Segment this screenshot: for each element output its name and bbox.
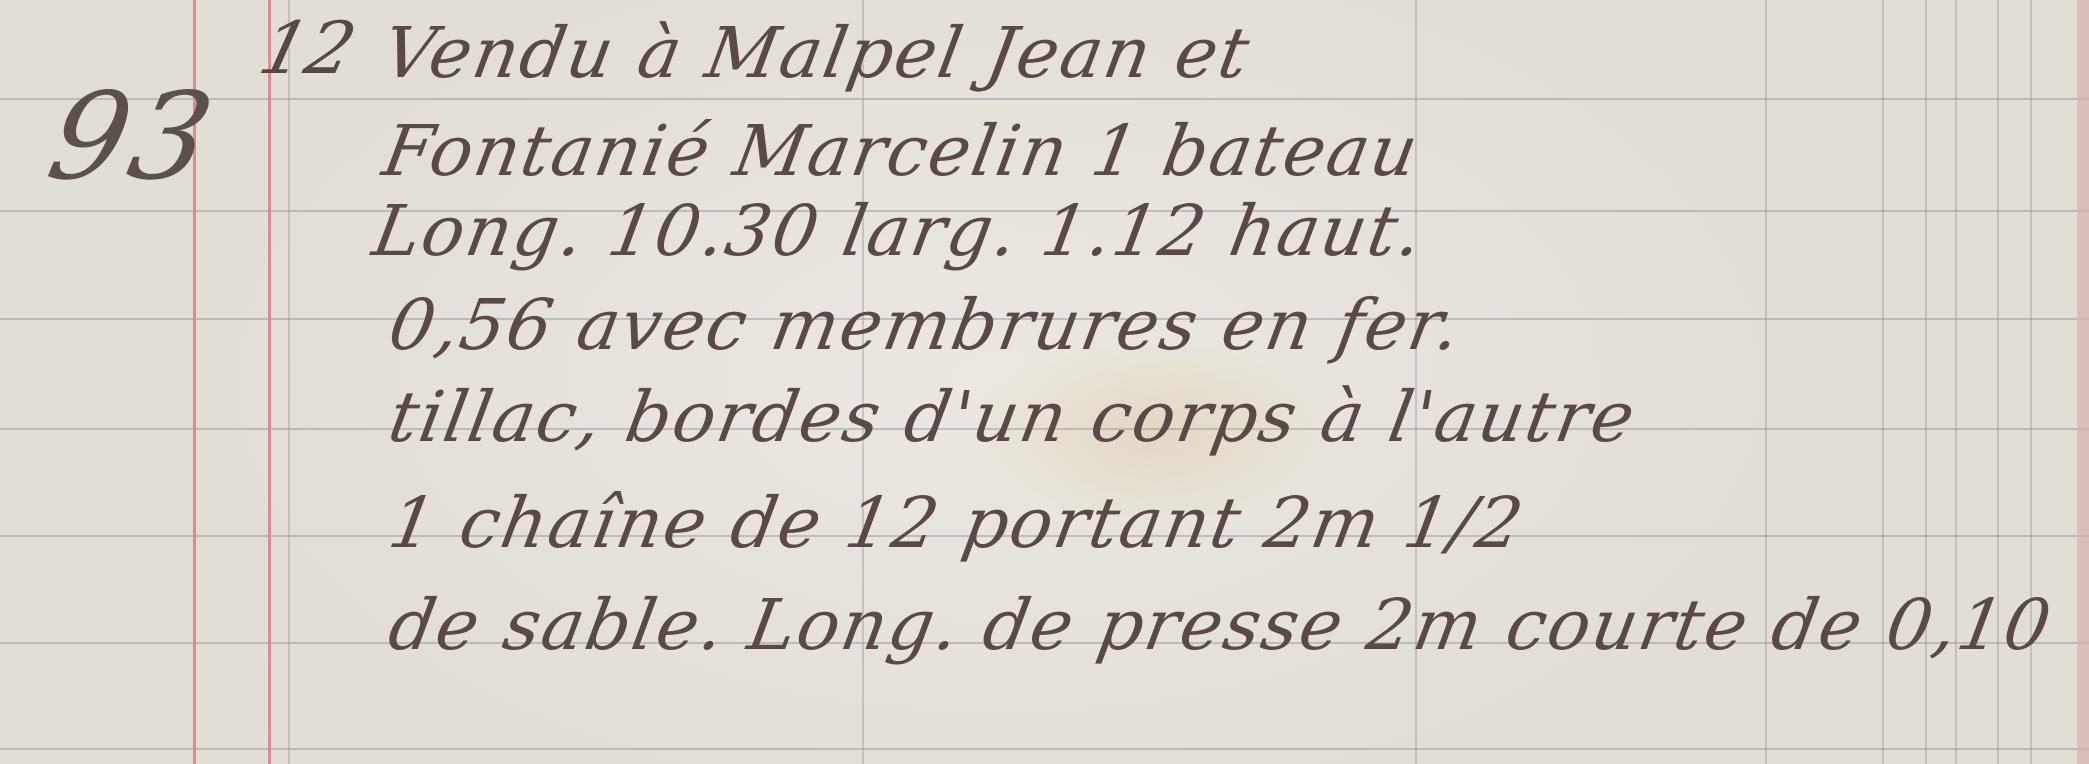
column-ruling <box>288 0 290 764</box>
day-number: 12 <box>253 12 363 84</box>
text-line-3: Long. 10.30 larg. 1.12 haut. <box>368 196 1429 266</box>
text-line-7: de sable. Long. de presse 2m courte de 0… <box>384 590 2058 660</box>
ruling-line <box>0 98 2089 100</box>
page-edge <box>2077 0 2089 764</box>
text-line-1: Vendu à Malpel Jean et <box>378 18 1256 88</box>
text-line-2: Fontanié Marcelin 1 bateau <box>378 116 1425 186</box>
margin-red-line <box>268 0 271 764</box>
text-line-6: 1 chaîne de 12 portant 2m 1/2 <box>384 488 1530 558</box>
entry-number: 93 <box>39 78 225 198</box>
text-line-4: 0,56 avec membrures en fer. <box>384 290 1467 360</box>
ledger-page: 93 12 Vendu à Malpel Jean et Fontanié Ma… <box>0 0 2089 764</box>
text-line-5: tillac, bordes d'un corps à l'autre <box>384 382 1642 452</box>
ruling-line <box>0 748 2089 750</box>
